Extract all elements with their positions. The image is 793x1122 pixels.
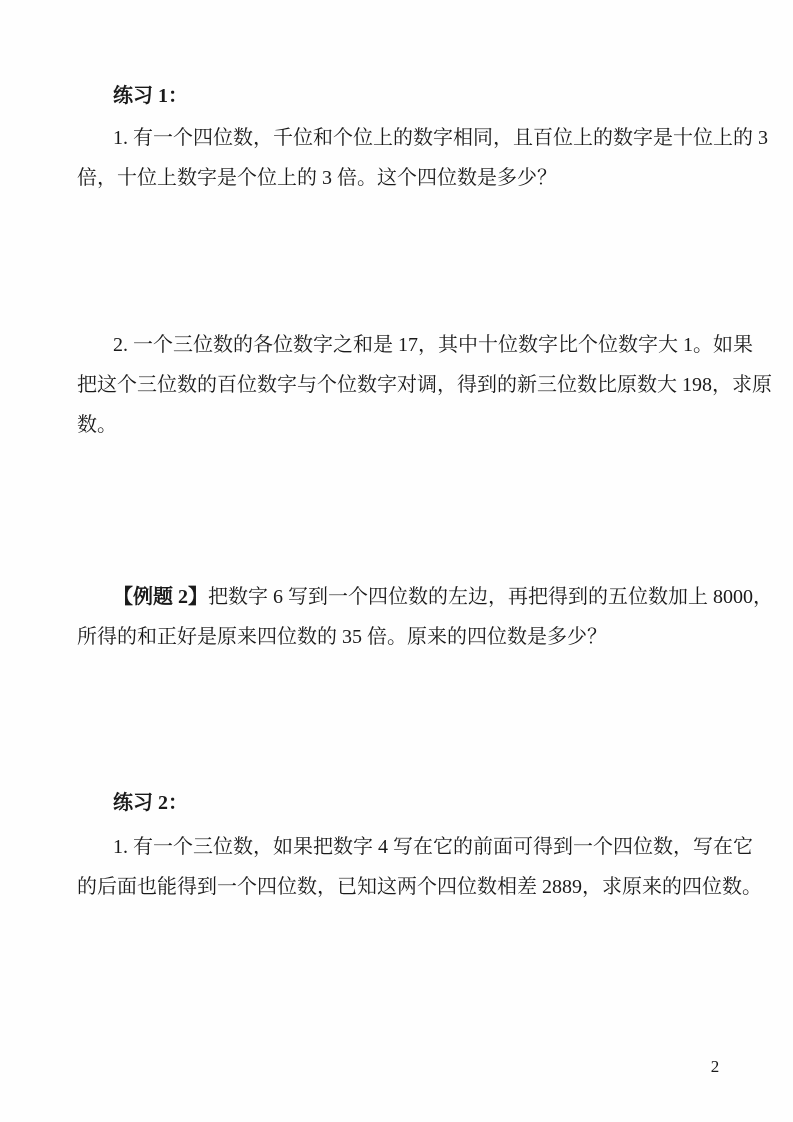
text-line: 的后面也能得到一个四位数，已知这两个四位数相差 2889，求原来的四位数。 — [77, 867, 747, 907]
text-line: 数。 — [77, 405, 747, 445]
exercise2-problem1: 1. 有一个三位数，如果把数字 4 写在它的前面可得到一个四位数，写在它 的后面… — [77, 827, 747, 907]
text-line: 把这个三位数的百位数字与个位数字对调，得到的新三位数比原数大 198，求原 — [77, 365, 747, 405]
text-line: 1. 有一个三位数，如果把数字 4 写在它的前面可得到一个四位数，写在它 — [77, 827, 747, 867]
text-line: 2. 一个三位数的各位数字之和是 17，其中十位数字比个位数字大 1。如果 — [77, 325, 747, 365]
document-page: 练习 1： 1. 有一个四位数，千位和个位上的数字相同，且百位上的数字是十位上的… — [0, 0, 793, 1122]
exercise1-heading: 练习 1： — [113, 76, 743, 116]
page-number: 2 — [695, 1052, 735, 1082]
example2-label: 【例题 2】 — [113, 586, 208, 608]
text-line: 【例题 2】把数字 6 写到一个四位数的左边，再把得到的五位数加上 8000， — [77, 577, 747, 617]
exercise1-problem1: 1. 有一个四位数，千位和个位上的数字相同，且百位上的数字是十位上的 3 倍，十… — [77, 118, 747, 198]
exercise1-problem2: 2. 一个三位数的各位数字之和是 17，其中十位数字比个位数字大 1。如果 把这… — [77, 325, 747, 445]
text-line: 所得的和正好是原来四位数的 35 倍。原来的四位数是多少？ — [77, 617, 747, 657]
text-line: 1. 有一个四位数，千位和个位上的数字相同，且百位上的数字是十位上的 3 — [77, 118, 747, 158]
example2-paragraph: 【例题 2】把数字 6 写到一个四位数的左边，再把得到的五位数加上 8000， … — [77, 577, 747, 657]
heading-text: 练习 1： — [113, 76, 743, 116]
text-line: 倍，十位上数字是个位上的 3 倍。这个四位数是多少？ — [77, 158, 747, 198]
exercise2-heading: 练习 2： — [113, 783, 743, 823]
example2-text: 把数字 6 写到一个四位数的左边，再把得到的五位数加上 8000， — [208, 586, 773, 608]
heading-text: 练习 2： — [113, 783, 743, 823]
